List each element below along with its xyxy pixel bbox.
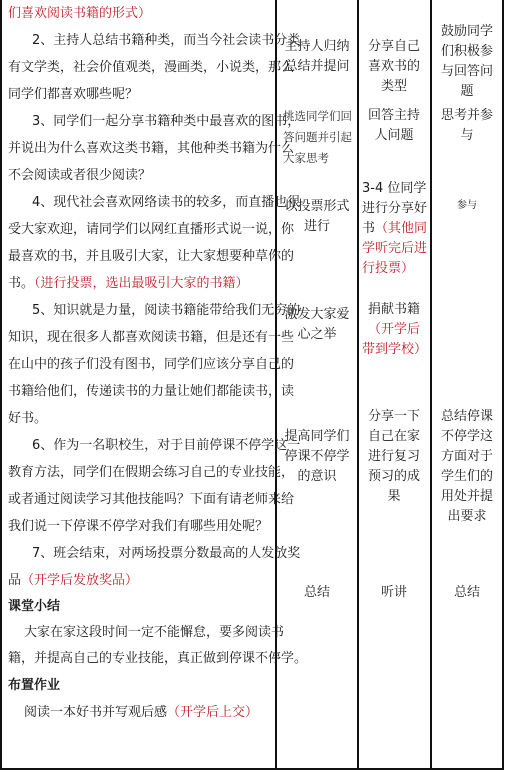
content-line: 受大家欢迎，请同学们以网红直播形式说一说，你 — [8, 217, 294, 243]
table-border-bottom — [0, 768, 504, 770]
content-text: 书。 — [8, 276, 34, 291]
content-line: 好书。 — [8, 406, 47, 432]
homework-line: 阅读一本好书并写观后感（开学后上交） — [24, 700, 258, 726]
teacher-activity-cell: 以投票形式进行 — [282, 197, 352, 237]
design-intent-cell: 总结停课不停学这方面对于学生们的用处并提出要求 — [435, 407, 499, 527]
red-note: （开学后发放奖品） — [21, 573, 138, 588]
student-activity-red-note: （开学后带到学校） — [362, 322, 427, 357]
teacher-activity-cell: 主持人归纳总结并提问 — [282, 37, 352, 77]
teacher-activity-cell: 激发大家爱心之举 — [282, 305, 352, 345]
content-line: 品（开学后发放奖品） — [8, 568, 138, 594]
student-activity-cell: 回答主持人问题 — [362, 106, 426, 146]
summary-heading: 课堂小结 — [8, 594, 60, 620]
content-line: 4、现代社会喜欢网络读书的较多，而直播也很 — [32, 190, 300, 216]
content-line: 同学们都喜欢哪些呢？ — [8, 82, 138, 108]
content-line: 在山中的孩子们没有图书，同学们应该分享自己的 — [8, 352, 294, 378]
content-line: 不会阅读或者很少阅读？ — [8, 163, 151, 189]
homework-deadline-note: （开学后上交） — [167, 705, 258, 720]
teacher-activity-cell: 总结 — [282, 583, 352, 603]
student-activity-text: 捐献书籍 — [368, 302, 420, 317]
content-line: 知识，现在很多人都喜欢阅读书籍，但是还有一些 — [8, 325, 294, 351]
content-line: 们喜欢阅读书籍的形式） — [8, 1, 151, 27]
content-line: 6、作为一名职校生，对于目前停课不停学这一 — [32, 433, 300, 459]
red-note: （进行投票，选出最吸引大家的书籍） — [34, 276, 249, 291]
content-line: 书。（进行投票，选出最吸引大家的书籍） — [8, 271, 249, 297]
design-intent-cell: 总结 — [435, 583, 499, 603]
student-activity-cell: 分享自己喜欢书的类型 — [362, 37, 426, 97]
content-line: 5、知识就是力量，阅读书籍能带给我们无穷的 — [32, 298, 300, 324]
teacher-activity-cell: 提高同学们停课不停学的意识 — [282, 427, 352, 487]
content-line: 最喜欢的书，并且吸引大家，让大家想要种草你的 — [8, 244, 294, 270]
content-line: 书籍给他们，传递读书的力量让她们都能读书，读 — [8, 379, 294, 405]
design-intent-cell: 参与 — [435, 196, 499, 216]
table-border-left — [0, 0, 2, 770]
summary-line: 大家在家这段时间一定不能懈怠，要多阅读书 — [24, 620, 284, 646]
teacher-activity-cell: 挑选同学们回答问题并引起大家思考 — [283, 106, 353, 169]
content-line: 教育方法，同学们在假期会练习自己的专业技能， — [8, 460, 294, 486]
student-activity-cell: 捐献书籍（开学后带到学校） — [362, 300, 426, 360]
student-activity-cell: 3-4 位同学进行分享好书（其他同学听完后进行投票） — [362, 179, 428, 279]
homework-text: 阅读一本好书并写观后感 — [24, 705, 167, 720]
homework-heading: 布置作业 — [8, 673, 60, 699]
design-intent-cell: 思考并参与 — [435, 106, 499, 146]
content-line: 7、班会结束，对两场投票分数最高的人发放奖 — [32, 541, 300, 567]
content-text: 品 — [8, 573, 21, 588]
lesson-plan-page: 们喜欢阅读书籍的形式） 2、主持人总结书籍种类，而当今社会读书分类 有文学类，社… — [0, 0, 505, 772]
content-line: 我们说一下停课不停学对我们有哪些用处呢？ — [8, 514, 268, 540]
content-line: 2、主持人总结书籍种类，而当今社会读书分类 — [32, 28, 300, 54]
column-divider-3 — [430, 0, 432, 770]
student-activity-cell: 分享一下自己在家进行复习预习的成果 — [362, 407, 426, 507]
content-line: 3、同学们一起分享书籍种类中最喜欢的图书， — [32, 109, 300, 135]
column-divider-2 — [357, 0, 359, 770]
summary-line: 籍，并提高自己的专业技能，真正做到停课不停学。 — [8, 646, 307, 672]
content-line: 或者通过阅读学习其他技能吗？下面有请老师来给 — [8, 487, 294, 513]
content-line: 并说出为什么喜欢这类书籍，其他种类书籍为什么 — [8, 136, 294, 162]
design-intent-cell: 鼓励同学们积极参与回答问题 — [435, 22, 499, 102]
student-activity-cell: 听讲 — [362, 583, 426, 603]
content-line: 有文学类，社会价值观类，漫画类，小说类，那么 — [8, 55, 294, 81]
table-border-right — [502, 0, 504, 770]
